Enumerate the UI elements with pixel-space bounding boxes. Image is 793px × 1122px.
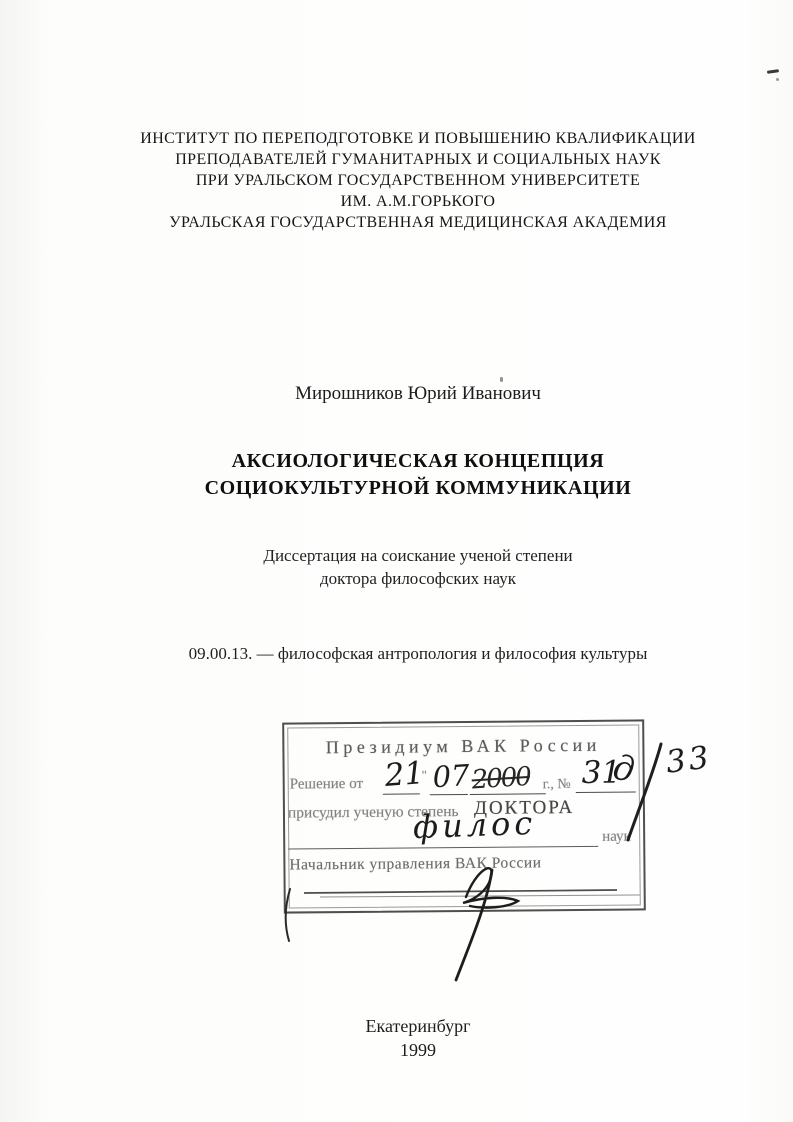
institution-line: ПРИ УРАЛЬСКОМ ГОСУДАРСТВЕННОМ УНИВЕРСИТЕ… — [43, 170, 793, 191]
author-name: Мирошников Юрий Иванович — [43, 383, 793, 405]
institution-header: ИНСТИТУТ ПО ПЕРЕПОДГОТОВКЕ И ПОВЫШЕНИЮ К… — [43, 128, 793, 233]
institution-line: ПРЕПОДАВАТЕЛЕЙ ГУМАНИТАРНЫХ И СОЦИАЛЬНЫХ… — [43, 149, 793, 170]
institution-line: ИМ. А.М.ГОРЬКОГО — [43, 191, 793, 212]
specialty-line: 09.00.13. — философская антропология и ф… — [43, 644, 793, 664]
handwritten-year: 2000 — [471, 762, 531, 795]
title-line: СОЦИОКУЛЬТУРНОЙ КОММУНИКАЦИИ — [43, 475, 793, 502]
imprint-block: Екатеринбург 1999 — [43, 1014, 793, 1062]
decision-label: Решение от — [290, 776, 363, 794]
imprint-year: 1999 — [43, 1038, 793, 1062]
scan-speck — [500, 377, 503, 382]
dissertation-title: АКСИОЛОГИЧЕСКАЯ КОНЦЕПЦИЯ СОЦИОКУЛЬТУРНО… — [43, 448, 793, 502]
scan-speck — [767, 69, 779, 74]
dissertation-title-page: ИНСТИТУТ ПО ПЕРЕПОДГОТОВКЕ И ПОВЫШЕНИЮ К… — [0, 0, 793, 1122]
year-number-label: г., № — [543, 777, 571, 793]
scan-speck — [776, 78, 779, 81]
quote-mark: " — [422, 767, 427, 783]
signatory-label: Начальник управления ВАК России — [289, 854, 541, 874]
handwritten-month: 07 — [432, 758, 471, 794]
handwritten-day: 21 — [383, 755, 425, 794]
thesis-line: доктора философских наук — [43, 567, 793, 590]
institution-line: УРАЛЬСКАЯ ГОСУДАРСТВЕННАЯ МЕДИЦИНСКАЯ АК… — [43, 212, 793, 233]
title-line: АКСИОЛОГИЧЕСКАЯ КОНЦЕПЦИЯ — [43, 448, 793, 475]
field-label: наук — [602, 829, 631, 846]
handwritten-field: филос — [412, 804, 536, 846]
handwritten-number-tail2: 33 — [664, 739, 714, 780]
thesis-line: Диссертация на соискание ученой степени — [43, 544, 793, 567]
thesis-subtitle: Диссертация на соискание ученой степени … — [43, 544, 793, 590]
imprint-city: Екатеринбург — [43, 1014, 793, 1038]
institution-line: ИНСТИТУТ ПО ПЕРЕПОДГОТОВКЕ И ПОВЫШЕНИЮ К… — [43, 128, 793, 149]
